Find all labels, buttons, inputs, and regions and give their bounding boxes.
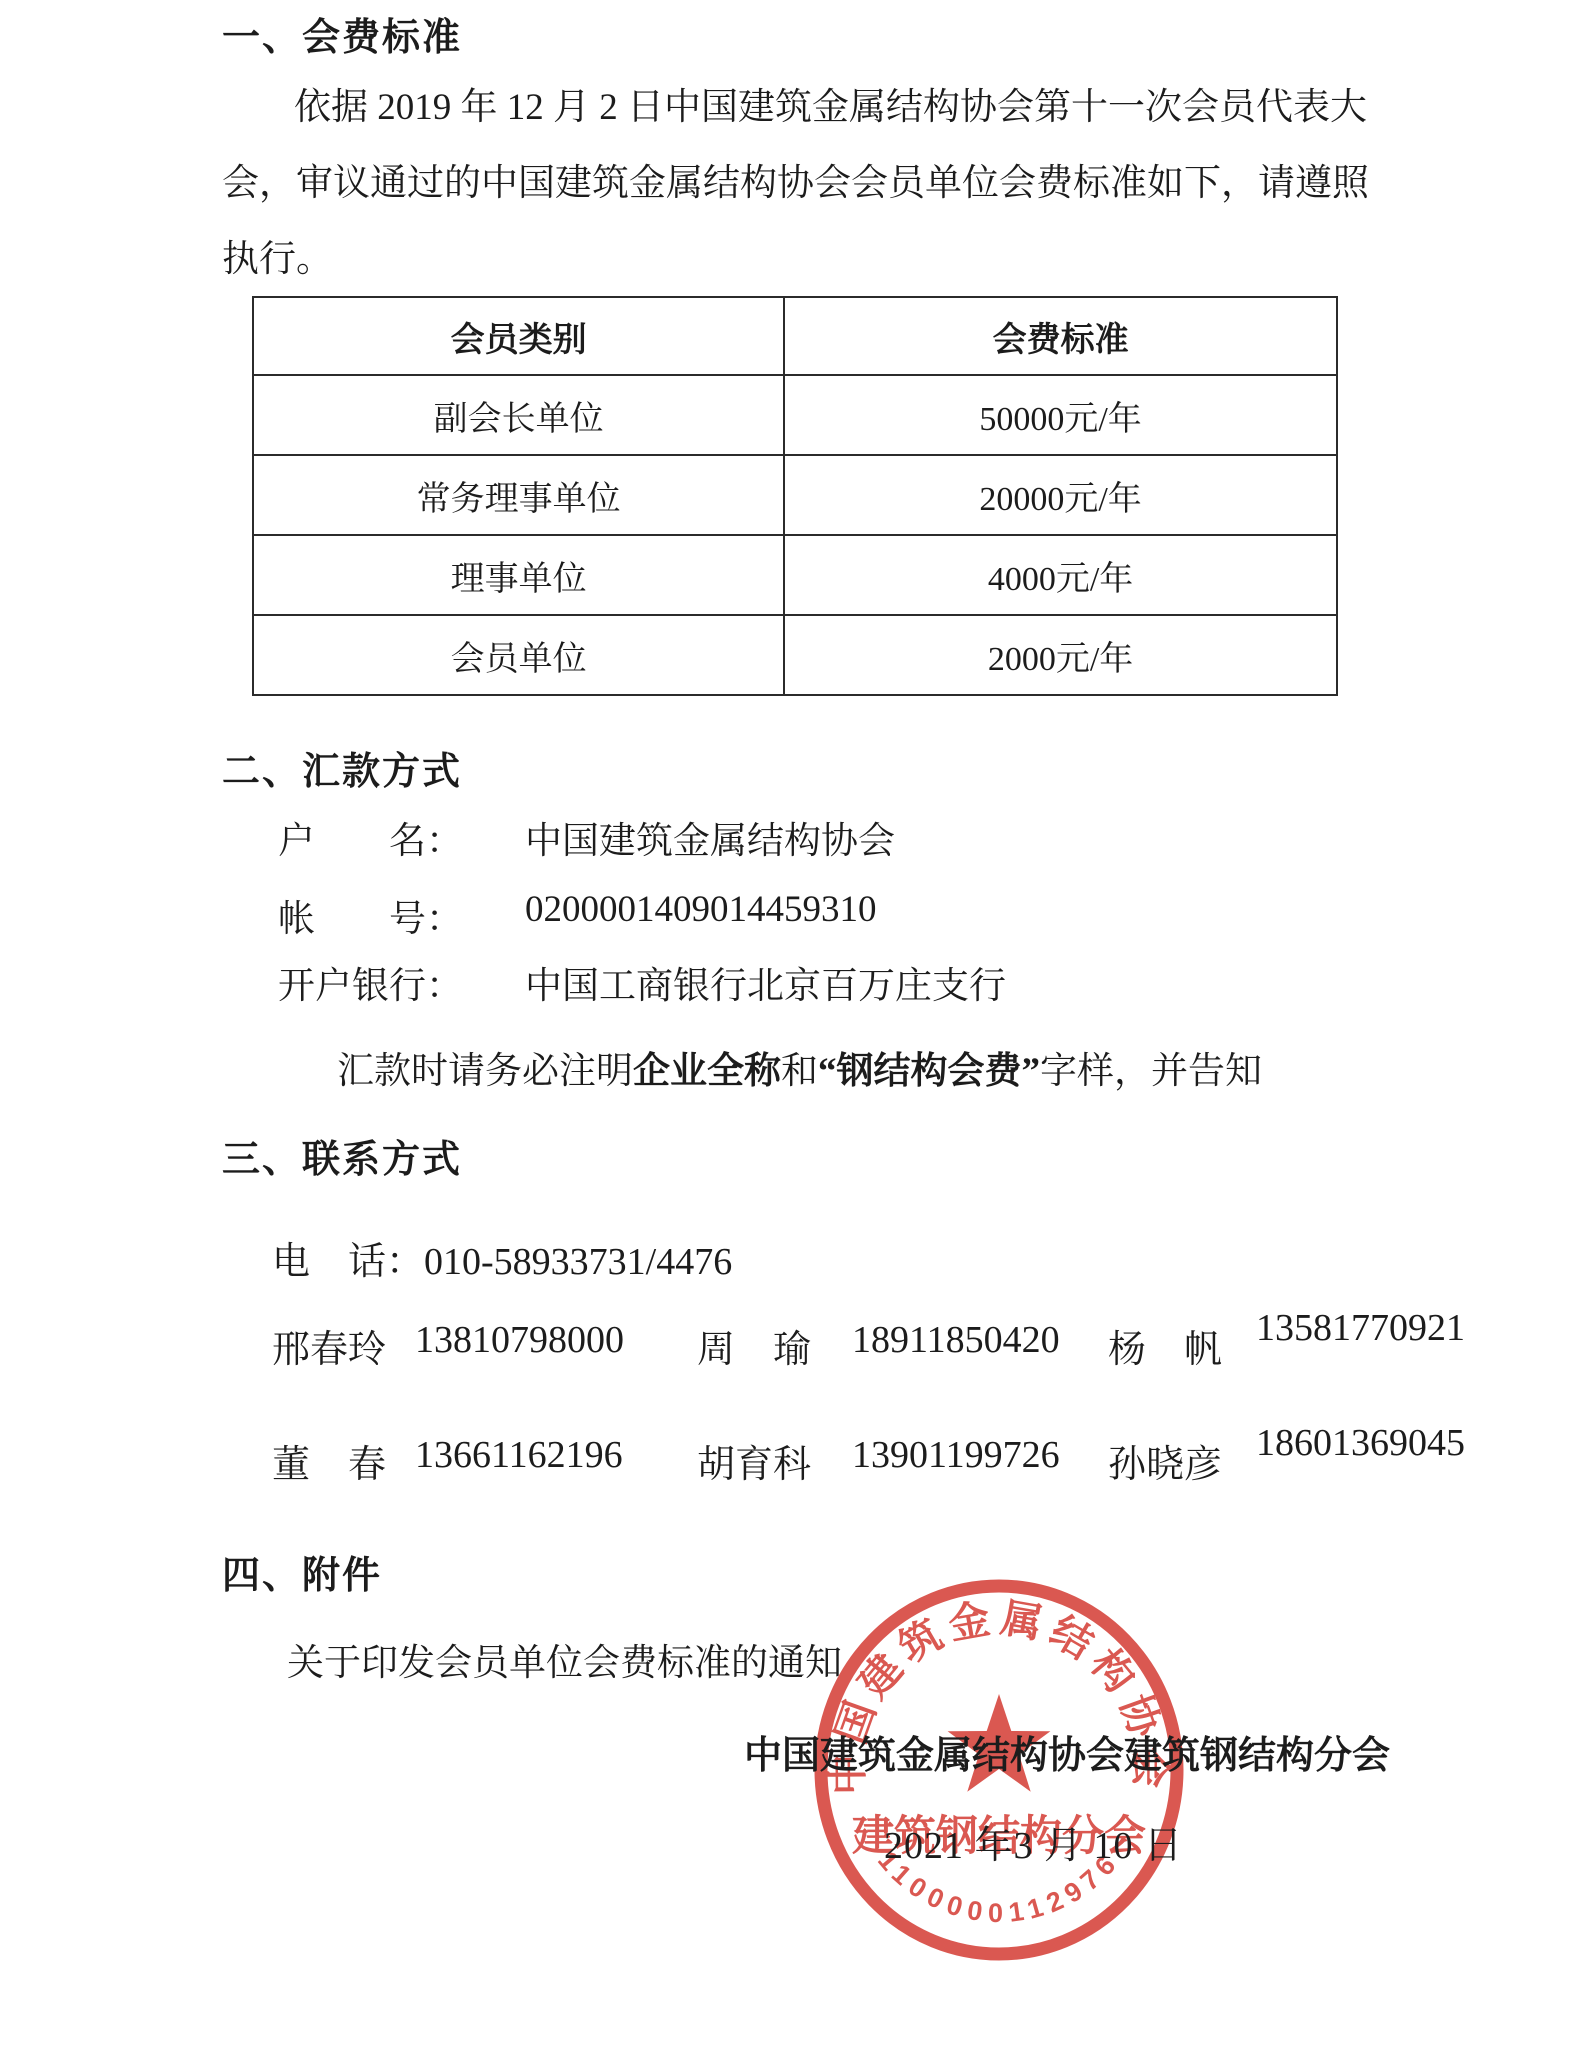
section3-title: 三、联系方式 xyxy=(222,1128,462,1183)
paragraph-line-2: 会，审议通过的中国建筑金属结构协会会员单位会费标准如下，请遵照 xyxy=(222,162,1369,206)
fee-amount: 4000元/年 xyxy=(784,535,1337,615)
fee-amount: 20000元/年 xyxy=(784,455,1337,535)
issuer-signature: 中国建筑金属结构协会建筑钢结构分会 xyxy=(744,1724,1390,1779)
contact-phone: 18911850420 xyxy=(852,1318,1060,1362)
section1-title: 一、会费标准 xyxy=(222,6,462,61)
note-segment-bold: 企业全称 xyxy=(633,1051,781,1092)
section2-title: 二、汇款方式 xyxy=(222,740,462,795)
contact-name: 孙晓彦 xyxy=(1108,1433,1222,1488)
member-category: 副会长单位 xyxy=(253,375,784,455)
contact-phone: 13901199726 xyxy=(852,1433,1060,1477)
bank-branch-row: 开户银行： 中国工商银行北京百万庄支行 xyxy=(278,955,1378,999)
contact-phone: 18601369045 xyxy=(1256,1421,1465,1465)
office-phone-line: 电 话：010-58933731/4476 xyxy=(272,1230,732,1285)
contact-name: 胡育科 xyxy=(697,1433,811,1488)
note-segment: 字样，并告知 xyxy=(1040,1051,1262,1092)
member-category: 理事单位 xyxy=(253,535,784,615)
attachment-title: 关于印发会员单位会费标准的通知 xyxy=(287,1632,842,1686)
table-row: 常务理事单位 20000元/年 xyxy=(253,455,1337,535)
fee-table-header-row: 会员类别 会费标准 xyxy=(253,297,1337,375)
contact-name: 邢春玲 xyxy=(272,1318,386,1373)
account-name-label: 户 名： xyxy=(278,810,463,864)
contact-phone: 13810798000 xyxy=(415,1318,624,1362)
table-row: 理事单位 4000元/年 xyxy=(253,535,1337,615)
table-row: 会员单位 2000元/年 xyxy=(253,615,1337,695)
fee-table-header-standard: 会费标准 xyxy=(784,297,1337,375)
issue-date: 2021 年3 月 10 日 xyxy=(884,1814,1183,1869)
paragraph-line-1: 依据 2019 年 12 月 2 日中国建筑金属结构协会第十一次会员代表大 xyxy=(294,86,1367,130)
table-row: 副会长单位 50000元/年 xyxy=(253,375,1337,455)
note-segment-bold: “钢结构会费” xyxy=(818,1051,1040,1092)
fee-amount: 2000元/年 xyxy=(784,615,1337,695)
fee-table: 会员类别 会费标准 副会长单位 50000元/年 常务理事单位 20000元/年… xyxy=(252,296,1338,696)
fee-amount: 50000元/年 xyxy=(784,375,1337,455)
account-number-label: 帐 号： xyxy=(278,888,463,942)
document-page: 一、会费标准 依据 2019 年 12 月 2 日中国建筑金属结构协会第十一次会… xyxy=(0,0,1587,2057)
contact-name: 周 瑜 xyxy=(697,1318,811,1373)
note-segment: 汇款时请务必注明 xyxy=(337,1051,633,1092)
contact-row-2: 董 春 13661162196 胡育科 13901199726 孙晓彦 1860… xyxy=(0,1433,1587,1479)
member-category: 会员单位 xyxy=(253,615,784,695)
contact-name: 杨 帆 xyxy=(1108,1318,1222,1373)
paragraph-line-3: 执行。 xyxy=(222,238,333,282)
bank-branch-value: 中国工商银行北京百万庄支行 xyxy=(525,955,1006,1009)
bank-branch-label: 开户银行： xyxy=(278,955,463,1009)
member-category: 常务理事单位 xyxy=(253,455,784,535)
note-segment: 和 xyxy=(781,1051,818,1092)
contact-name: 董 春 xyxy=(272,1433,386,1488)
fee-table-header-category: 会员类别 xyxy=(253,297,784,375)
account-number-value: 0200001409014459310 xyxy=(525,888,877,931)
contact-phone: 13581770921 xyxy=(1256,1306,1465,1350)
remittance-note: 汇款时请务必注明企业全称和“钢结构会费”字样，并告知 xyxy=(337,1040,1262,1094)
account-name-value: 中国建筑金属结构协会 xyxy=(525,810,895,864)
section4-title: 四、附件 xyxy=(222,1544,382,1599)
contact-row-1: 邢春玲 13810798000 周 瑜 18911850420 杨 帆 1358… xyxy=(0,1318,1587,1364)
account-name-row: 户 名： 中国建筑金属结构协会 xyxy=(278,810,1378,854)
account-number-row: 帐 号： 0200001409014459310 xyxy=(278,888,1378,932)
contact-phone: 13661162196 xyxy=(415,1433,623,1477)
